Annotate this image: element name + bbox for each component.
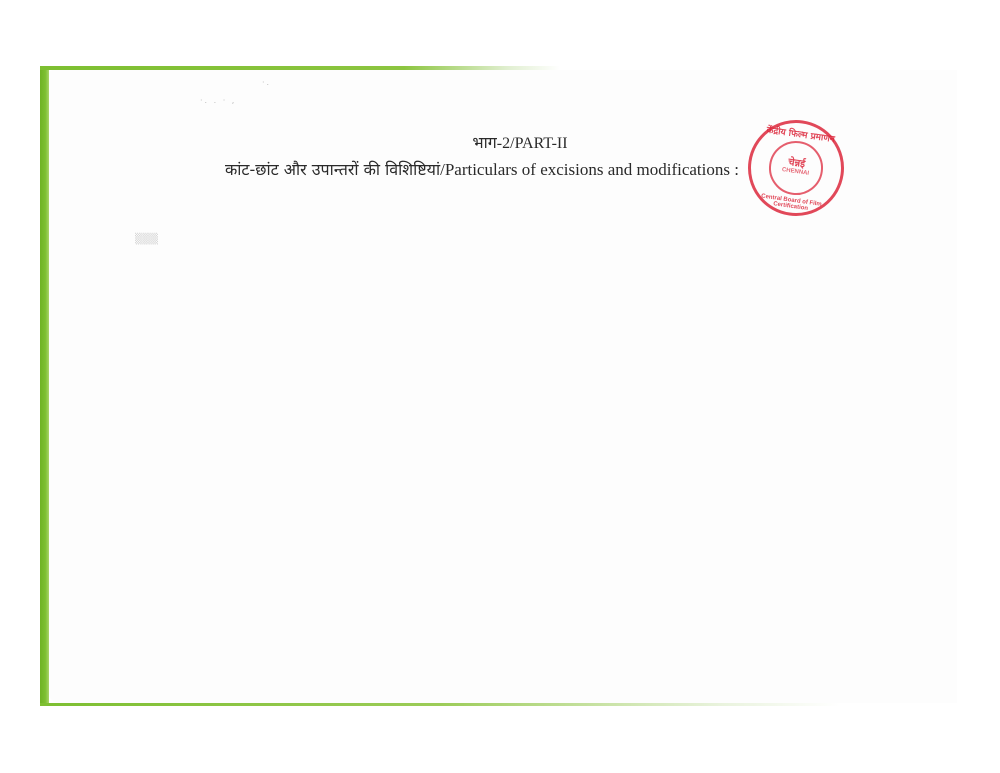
part-heading: भाग-2/PART-II	[0, 131, 1000, 153]
particulars-english: Particulars of excisions and modificatio…	[445, 160, 739, 179]
faint-mark: ▒▒▒	[135, 234, 158, 245]
scan-frame-bottom-edge	[40, 703, 840, 706]
scanned-page: ·. ·. . · , ▒▒▒ भाग-2/PART-II कांट-छांट …	[0, 0, 1000, 773]
scan-frame-left-edge	[40, 66, 49, 706]
particulars-hindi: कांट-छांट और उपान्तरों की विशिष्टियां	[225, 160, 440, 179]
particulars-heading: कांट-छांट और उपान्तरों की विशिष्टियां/Pa…	[225, 158, 739, 180]
scan-speck: ·.	[262, 78, 271, 87]
scan-speck: ·. . · ,	[200, 96, 236, 105]
